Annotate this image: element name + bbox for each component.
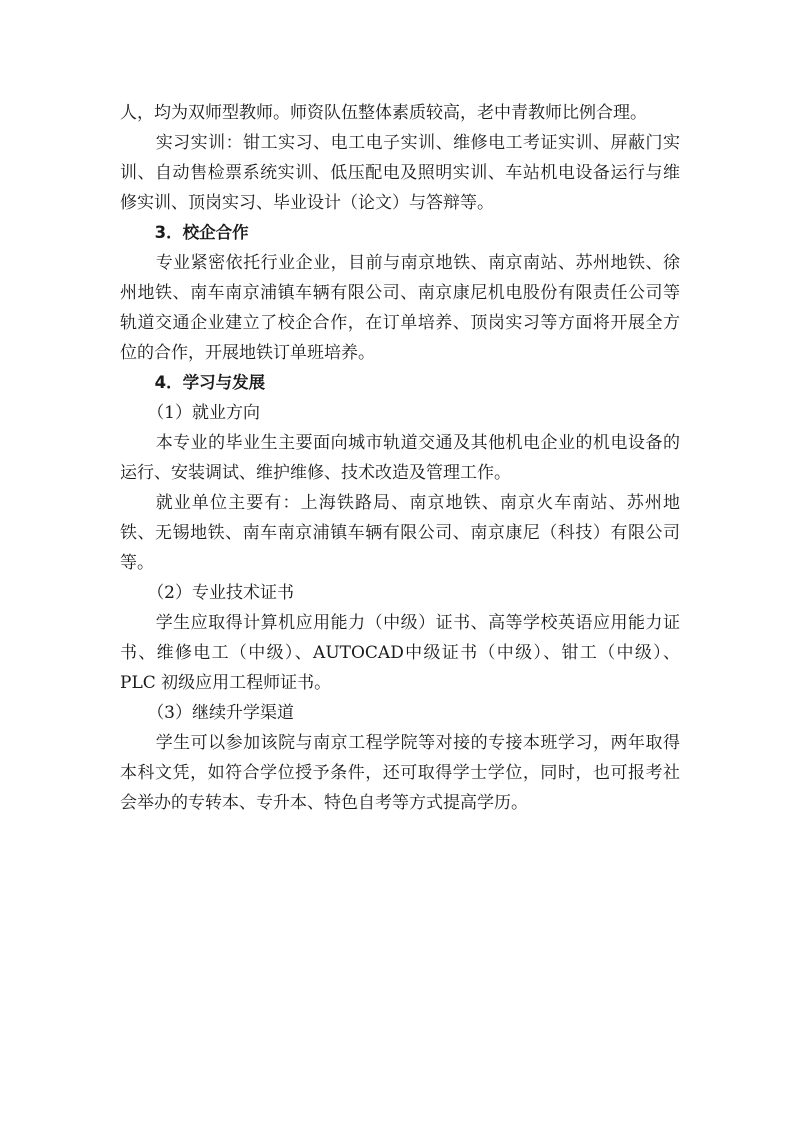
subheading-certificates: （2）专业技术证书 <box>120 578 680 608</box>
paragraph-certificates: 学生应取得计算机应用能力（中级）证书、高等学校英语应用能力证书、维修电工（中级）… <box>120 608 680 698</box>
subheading-employment-direction: （1）就业方向 <box>120 398 680 428</box>
paragraph-cooperation: 专业紧密依托行业企业，目前与南京地铁、南京南站、苏州地铁、徐州地铁、南车南京浦镇… <box>120 248 680 368</box>
paragraph-further-education: 学生可以参加该院与南京工程学院等对接的专接本班学习，两年取得本科文凭，如符合学位… <box>120 728 680 818</box>
paragraph-employers: 就业单位主要有：上海铁路局、南京地铁、南京火车南站、苏州地铁、无锡地铁、南车南京… <box>120 488 680 578</box>
paragraph-faculty-continued: 人，均为双师型教师。师资队伍整体素质较高，老中青教师比例合理。 <box>120 98 680 128</box>
document-page: 人，均为双师型教师。师资队伍整体素质较高，老中青教师比例合理。 实习实训：钳工实… <box>120 98 680 818</box>
heading-school-enterprise-cooperation: 3．校企合作 <box>120 218 680 248</box>
paragraph-practical-training: 实习实训：钳工实习、电工电子实训、维修电工考证实训、屏蔽门实训、自动售检票系统实… <box>120 128 680 218</box>
paragraph-employment-direction: 本专业的毕业生主要面向城市轨道交通及其他机电企业的机电设备的运行、安装调试、维护… <box>120 428 680 488</box>
subheading-further-education: （3）继续升学渠道 <box>120 698 680 728</box>
heading-study-and-development: 4．学习与发展 <box>120 368 680 398</box>
